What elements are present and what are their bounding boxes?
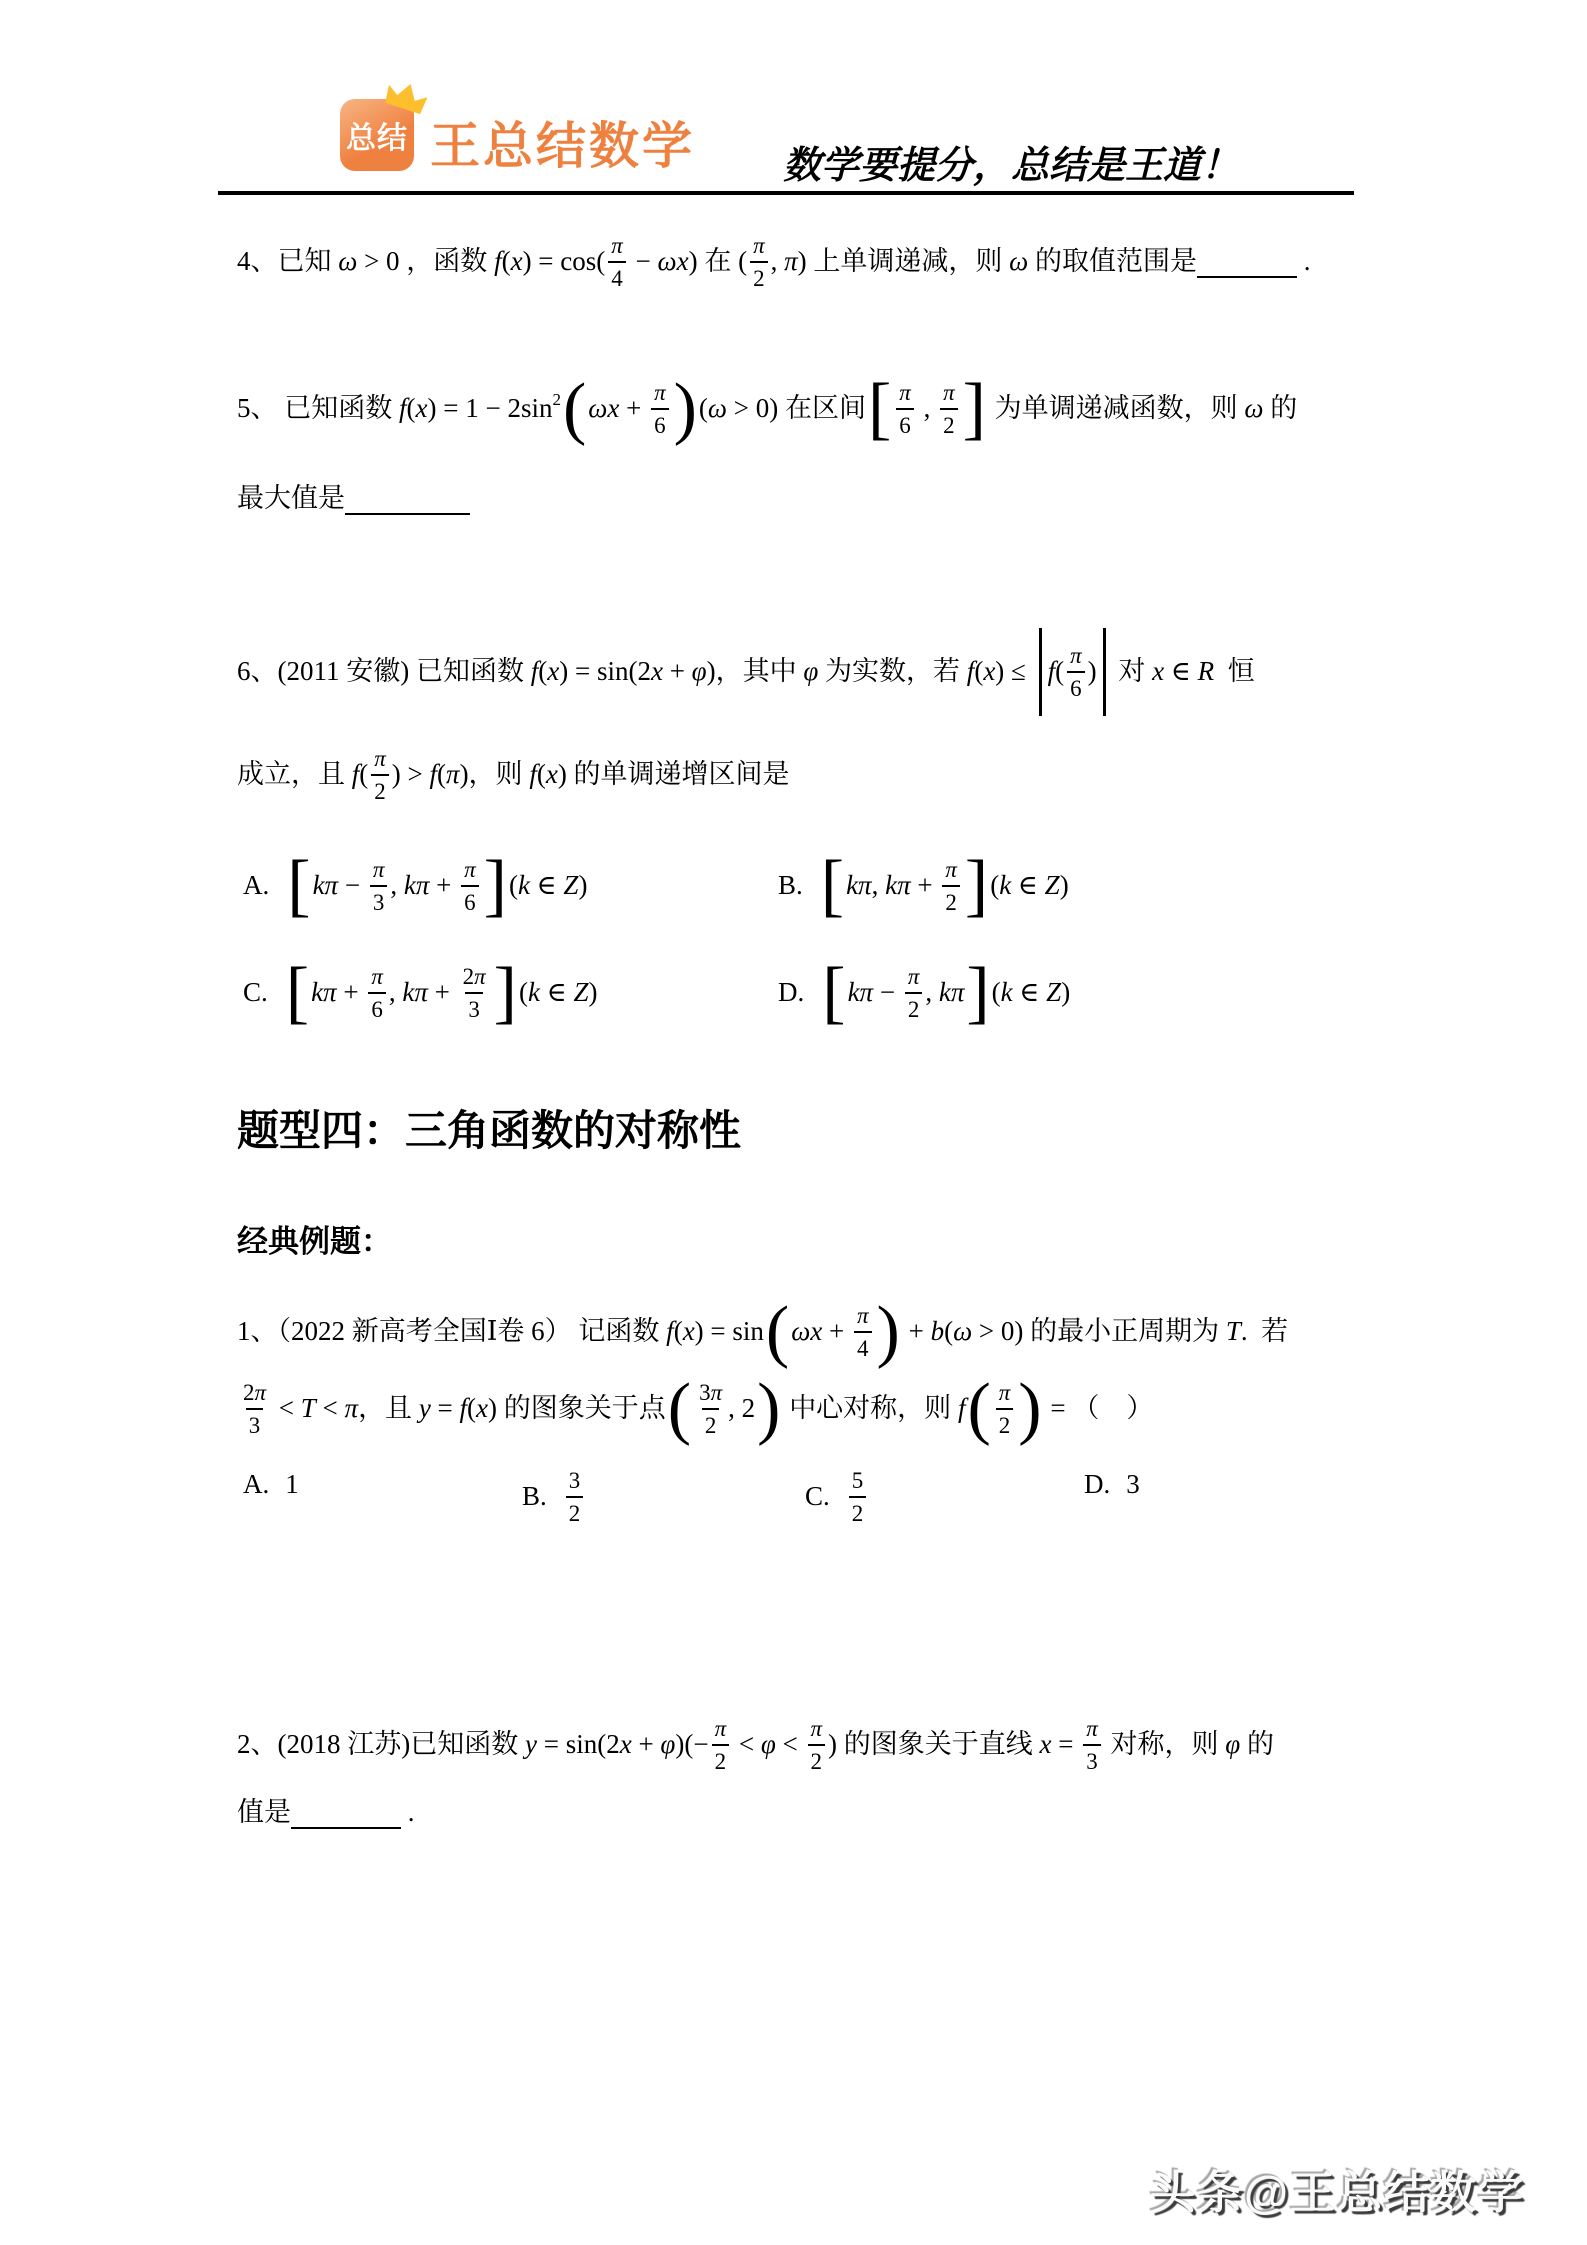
q6-option-c: C. [kπ + π6, kπ + 2π3](k ∈ Z) xyxy=(243,956,597,1030)
example-1-line-1: 1、（2022 新高考全国Ⅰ卷 6） 记函数 f(x) = sin(ωx + π… xyxy=(237,1295,1288,1369)
question-4-line: 4、已知 ω > 0 ，函数 f(x) = cos(π4 − ωx) 在 (π2… xyxy=(237,234,1310,290)
question-6-line-1: 6、(2011 安徽) 已知函数 f(x) = sin(2x + φ)，其中 φ… xyxy=(237,628,1255,716)
ex1-option-b: B. 32 xyxy=(522,1469,586,1525)
ex1-option-c: C. 52 xyxy=(805,1469,869,1525)
header-slogan: 数学要提分，总结是王道！ xyxy=(783,134,1239,189)
q6-option-a-label: A. xyxy=(243,870,269,901)
example-1-line-2: 2π3 < T < π，且 y = f(x) 的图象关于点(3π2, 2) 中心… xyxy=(237,1372,1153,1446)
header-divider xyxy=(218,191,1354,195)
question-5-line-2: 最大值是 xyxy=(237,483,470,515)
ex1-option-a: A. 1 xyxy=(243,1469,299,1500)
logo-badge-text: 总结 xyxy=(346,113,408,157)
q6-option-b-label: B. xyxy=(778,870,803,901)
example-2-line-2: 值是 . xyxy=(237,1797,415,1829)
ex1-option-d-label: D. xyxy=(1084,1469,1110,1500)
logo-badge: 总结 xyxy=(340,99,414,171)
ex1-option-c-label: C. xyxy=(805,1481,830,1512)
q6-option-c-label: C. xyxy=(243,977,268,1008)
ex1-option-a-label: A. xyxy=(243,1469,269,1500)
q6-option-d-label: D. xyxy=(778,977,804,1008)
q6-option-a: A. [kπ − π3, kπ + π6](k ∈ Z) xyxy=(243,849,587,923)
worksheet-page: 总结 王总结数学 数学要提分，总结是王道！ 4、已知 ω > 0 ，函数 f(x… xyxy=(0,0,1587,2245)
ex1-option-b-label: B. xyxy=(522,1481,547,1512)
section-title: 题型四：三角函数的对称性 xyxy=(237,1098,741,1158)
watermark: 头条@王总结数学 xyxy=(1150,2156,1525,2221)
ex1-option-d: D. 3 xyxy=(1084,1469,1140,1500)
question-5-line-1: 5、 已知函数 f(x) = 1 − 2sin2(ωx + π6)(ω > 0)… xyxy=(237,372,1297,446)
logo-text: 王总结数学 xyxy=(430,106,695,178)
question-6-line-2: 成立，且 f(π2) > f(π)，则 f(x) 的单调递增区间是 xyxy=(237,747,790,803)
q6-option-d: D. [kπ − π2, kπ](k ∈ Z) xyxy=(778,956,1070,1030)
q6-option-b: B. [kπ, kπ + π2](k ∈ Z) xyxy=(778,849,1069,923)
section-subtitle: 经典例题： xyxy=(237,1216,392,1261)
example-2-line-1: 2、(2018 江苏)已知函数 y = sin(2x + φ)(−π2 < φ … xyxy=(237,1717,1274,1773)
